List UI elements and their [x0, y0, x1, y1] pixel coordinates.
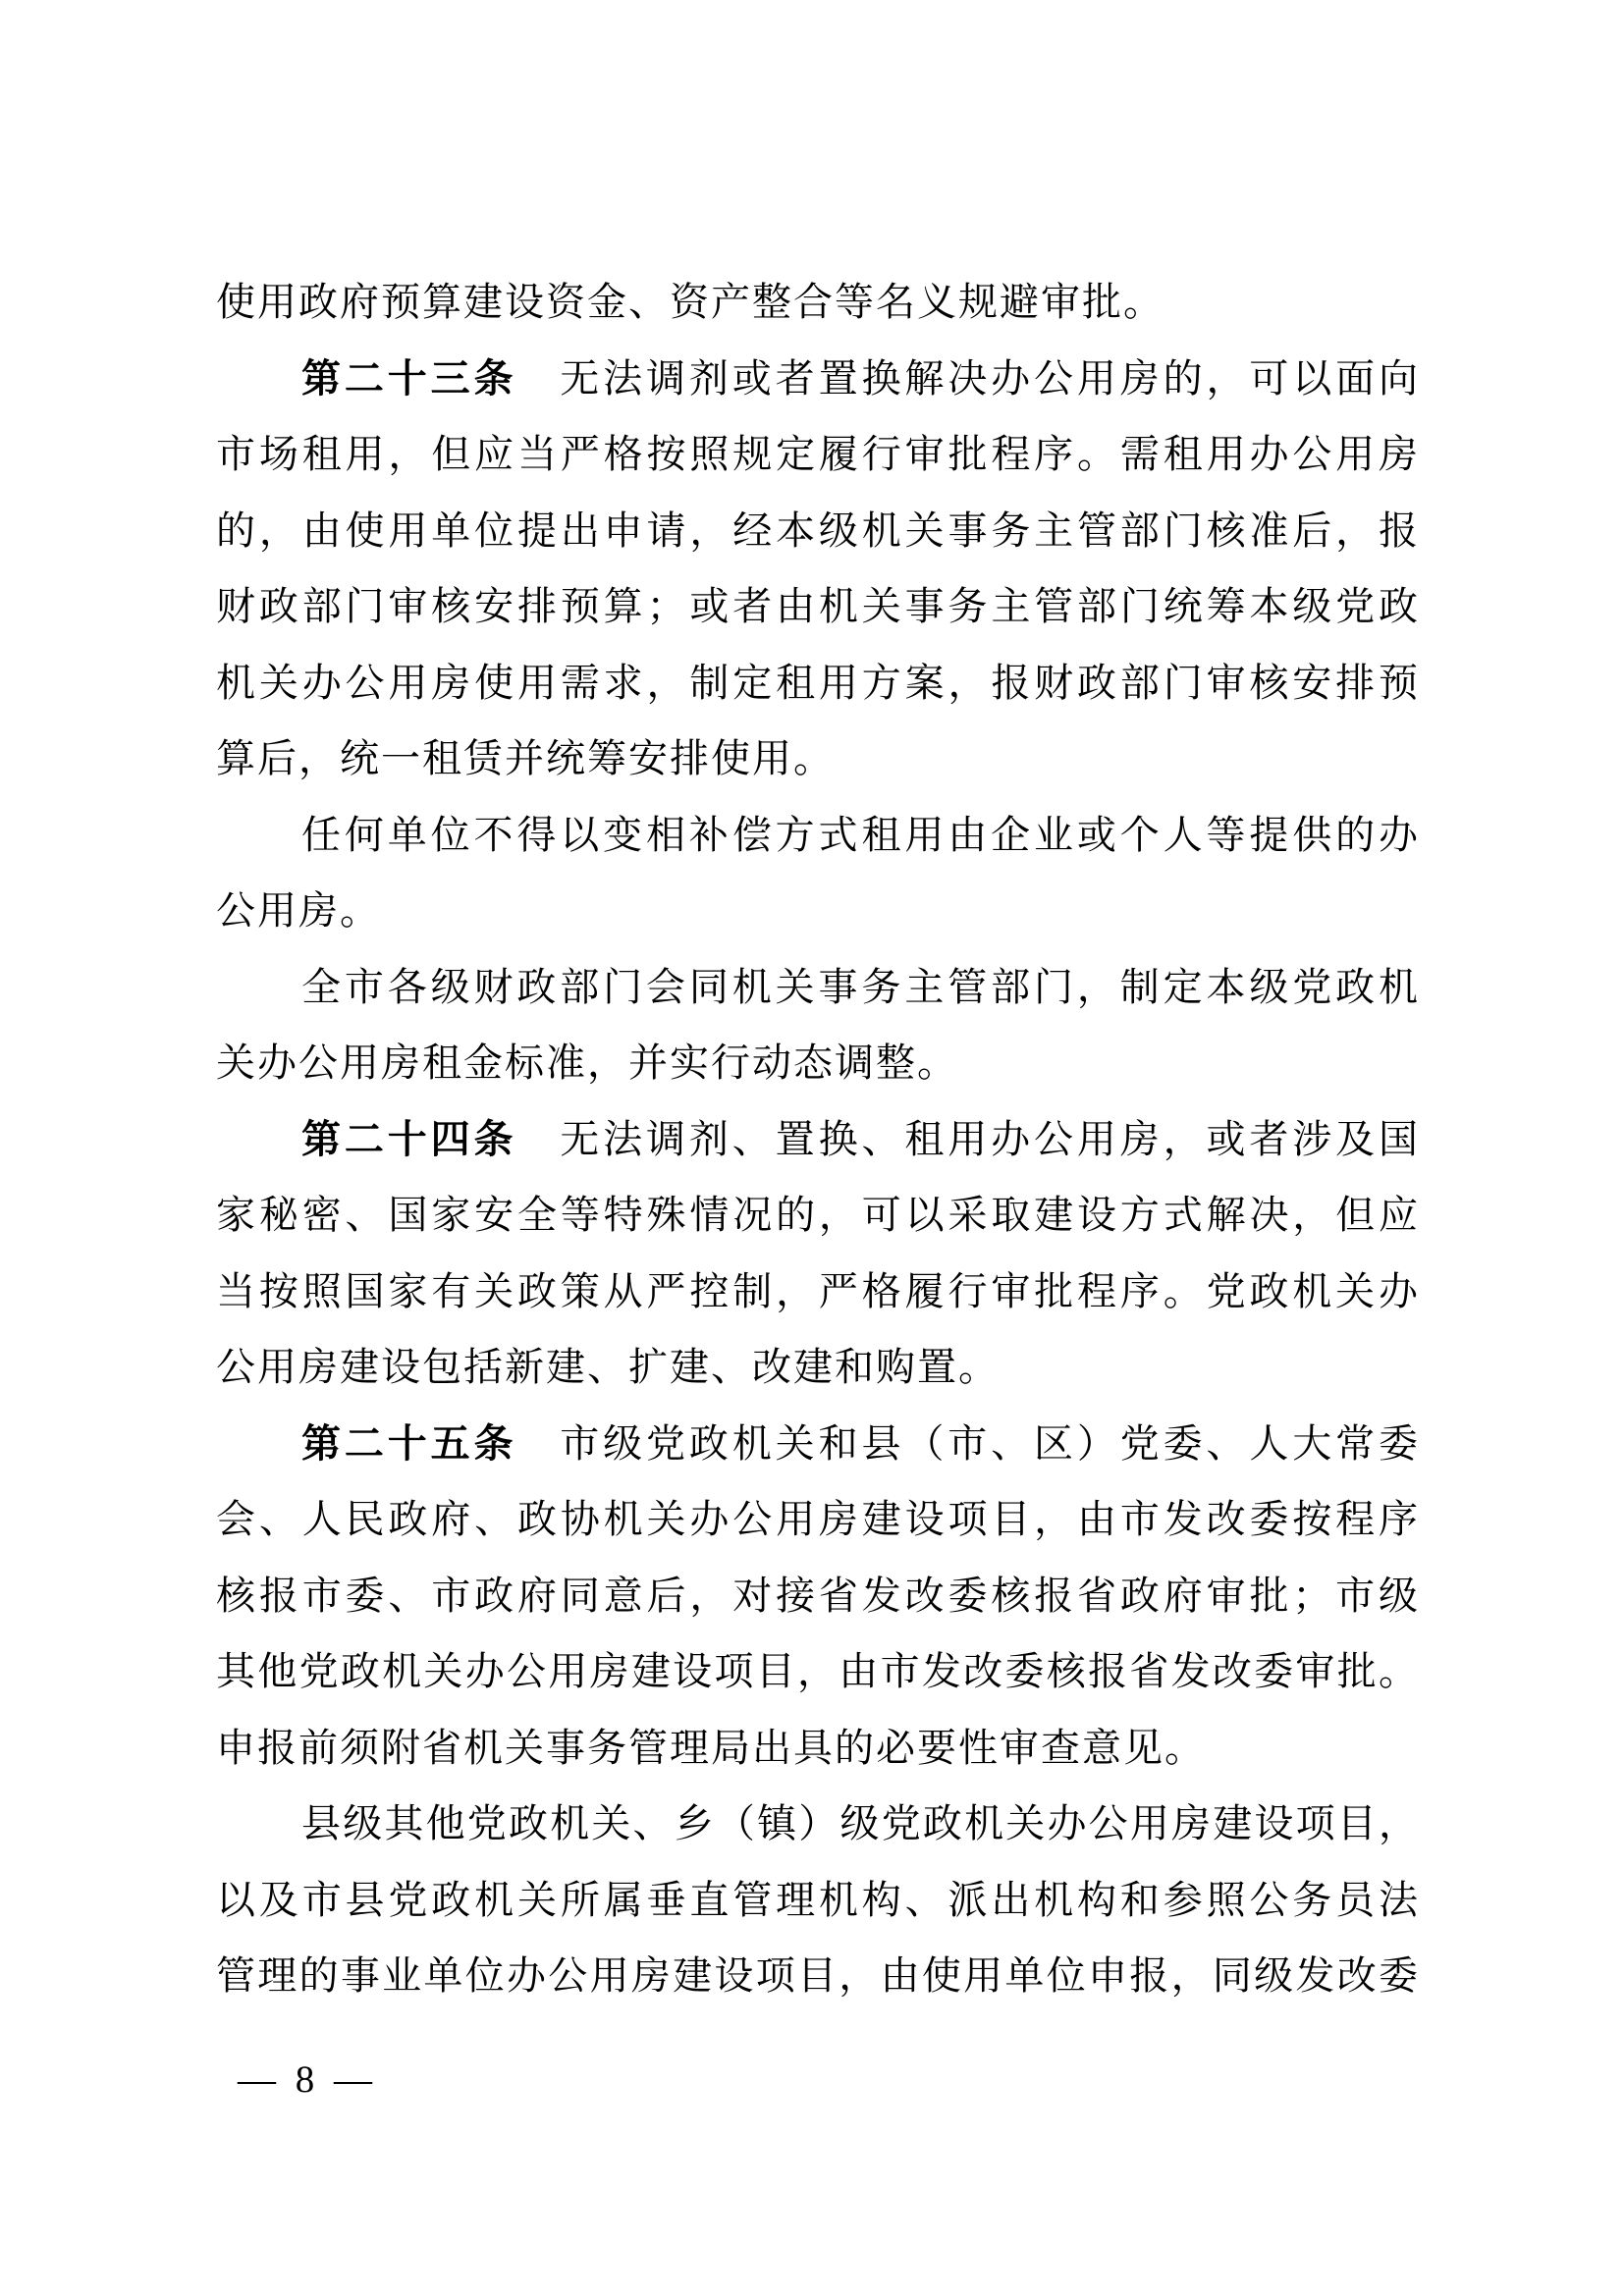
text-line: 全市各级财政部门会同机关事务主管部门，制定本级党政机: [216, 949, 1420, 1026]
text-line: 第二十五条 市级党政机关和县（市、区）党委、人大常委: [216, 1406, 1420, 1482]
page-number: — 8 —: [238, 2058, 377, 2102]
line-text: 县级其他党政机关、乡（镇）级党政机关办公用房建设项目，: [301, 1801, 1420, 1845]
line-text: 申报前须附省机关事务管理局出具的必要性审查意见。: [216, 1726, 1206, 1770]
line-text: 使用政府预算建设资金、资产整合等名义规避审批。: [216, 280, 1164, 324]
text-line: 使用政府预算建设资金、资产整合等名义规避审批。: [216, 264, 1420, 341]
line-text: 关办公用房租金标准，并实行动态调整。: [216, 1041, 958, 1085]
text-line: 核报市委、市政府同意后，对接省发改委核报省政府审批；市级: [216, 1558, 1420, 1634]
text-line: 关办公用房租金标准，并实行动态调整。: [216, 1025, 1420, 1101]
text-line: 以及市县党政机关所属垂直管理机构、派出机构和参照公务员法: [216, 1862, 1420, 1939]
text-line: 家秘密、国家安全等特殊情况的，可以采取建设方式解决，但应: [216, 1177, 1420, 1254]
line-text: 机关办公用房使用需求，制定租用方案，报财政部门审核安排预: [216, 661, 1420, 705]
text-line: 第二十三条 无法调剂或者置换解决办公用房的，可以面向: [216, 341, 1420, 417]
line-text: 公用房。: [216, 888, 381, 933]
text-line: 会、人民政府、政协机关办公用房建设项目，由市发改委按程序: [216, 1481, 1420, 1558]
text-line: 财政部门审核安排预算；或者由机关事务主管部门统筹本级党政: [216, 568, 1420, 645]
text-line: 其他党政机关办公用房建设项目，由市发改委核报省发改委审批。: [216, 1633, 1420, 1710]
article-number: 第二十四条: [301, 1117, 516, 1161]
line-text: 会、人民政府、政协机关办公用房建设项目，由市发改委按程序: [216, 1497, 1420, 1541]
text-line: 申报前须附省机关事务管理局出具的必要性审查意见。: [216, 1710, 1420, 1787]
line-text: 管理的事业单位办公用房建设项目，由使用单位申报，同级发改委: [216, 1953, 1420, 1998]
line-text: 财政部门审核安排预算；或者由机关事务主管部门统筹本级党政: [216, 584, 1420, 628]
line-text: 市级党政机关和县（市、区）党委、人大常委: [516, 1421, 1420, 1466]
article-number: 第二十五条: [301, 1421, 516, 1466]
line-text: 以及市县党政机关所属垂直管理机构、派出机构和参照公务员法: [216, 1878, 1420, 1922]
line-text: 市场租用，但应当严格按照规定履行审批程序。需租用办公用房: [216, 432, 1420, 476]
text-line: 机关办公用房使用需求，制定租用方案，报财政部门审核安排预: [216, 645, 1420, 721]
line-text: 核报市委、市政府同意后，对接省发改委核报省政府审批；市级: [216, 1574, 1420, 1618]
article-number: 第二十三条: [301, 356, 516, 400]
line-text: 当按照国家有关政策从严控制，严格履行审批程序。党政机关办: [216, 1269, 1420, 1313]
line-text: 家秘密、国家安全等特殊情况的，可以采取建设方式解决，但应: [216, 1193, 1420, 1237]
text-line: 第二十四条 无法调剂、置换、租用办公用房，或者涉及国: [216, 1101, 1420, 1178]
text-line: 算后，统一租赁并统筹安排使用。: [216, 721, 1420, 797]
text-line: 任何单位不得以变相补偿方式租用由企业或个人等提供的办: [216, 797, 1420, 874]
line-text: 无法调剂或者置换解决办公用房的，可以面向: [516, 356, 1420, 400]
document-page: 使用政府预算建设资金、资产整合等名义规避审批。第二十三条 无法调剂或者置换解决办…: [0, 0, 1624, 2296]
text-line: 市场租用，但应当严格按照规定履行审批程序。需租用办公用房: [216, 416, 1420, 493]
text-column: 使用政府预算建设资金、资产整合等名义规避审批。第二十三条 无法调剂或者置换解决办…: [216, 264, 1420, 2014]
text-line: 公用房。: [216, 873, 1420, 949]
text-line: 管理的事业单位办公用房建设项目，由使用单位申报，同级发改委: [216, 1938, 1420, 2014]
text-line: 县级其他党政机关、乡（镇）级党政机关办公用房建设项目，: [216, 1786, 1420, 1862]
line-text: 任何单位不得以变相补偿方式租用由企业或个人等提供的办: [301, 813, 1420, 857]
text-line: 的，由使用单位提出申请，经本级机关事务主管部门核准后，报: [216, 493, 1420, 569]
line-text: 无法调剂、置换、租用办公用房，或者涉及国: [516, 1117, 1420, 1161]
line-text: 公用房建设包括新建、扩建、改建和购置。: [216, 1345, 1000, 1389]
line-text: 算后，统一租赁并统筹安排使用。: [216, 736, 835, 780]
text-line: 公用房建设包括新建、扩建、改建和购置。: [216, 1329, 1420, 1406]
line-text: 全市各级财政部门会同机关事务主管部门，制定本级党政机: [301, 965, 1420, 1009]
line-text: 的，由使用单位提出申请，经本级机关事务主管部门核准后，报: [216, 508, 1420, 553]
line-text: 其他党政机关办公用房建设项目，由市发改委核报省发改委审批。: [216, 1649, 1420, 1693]
text-line: 当按照国家有关政策从严控制，严格履行审批程序。党政机关办: [216, 1254, 1420, 1330]
